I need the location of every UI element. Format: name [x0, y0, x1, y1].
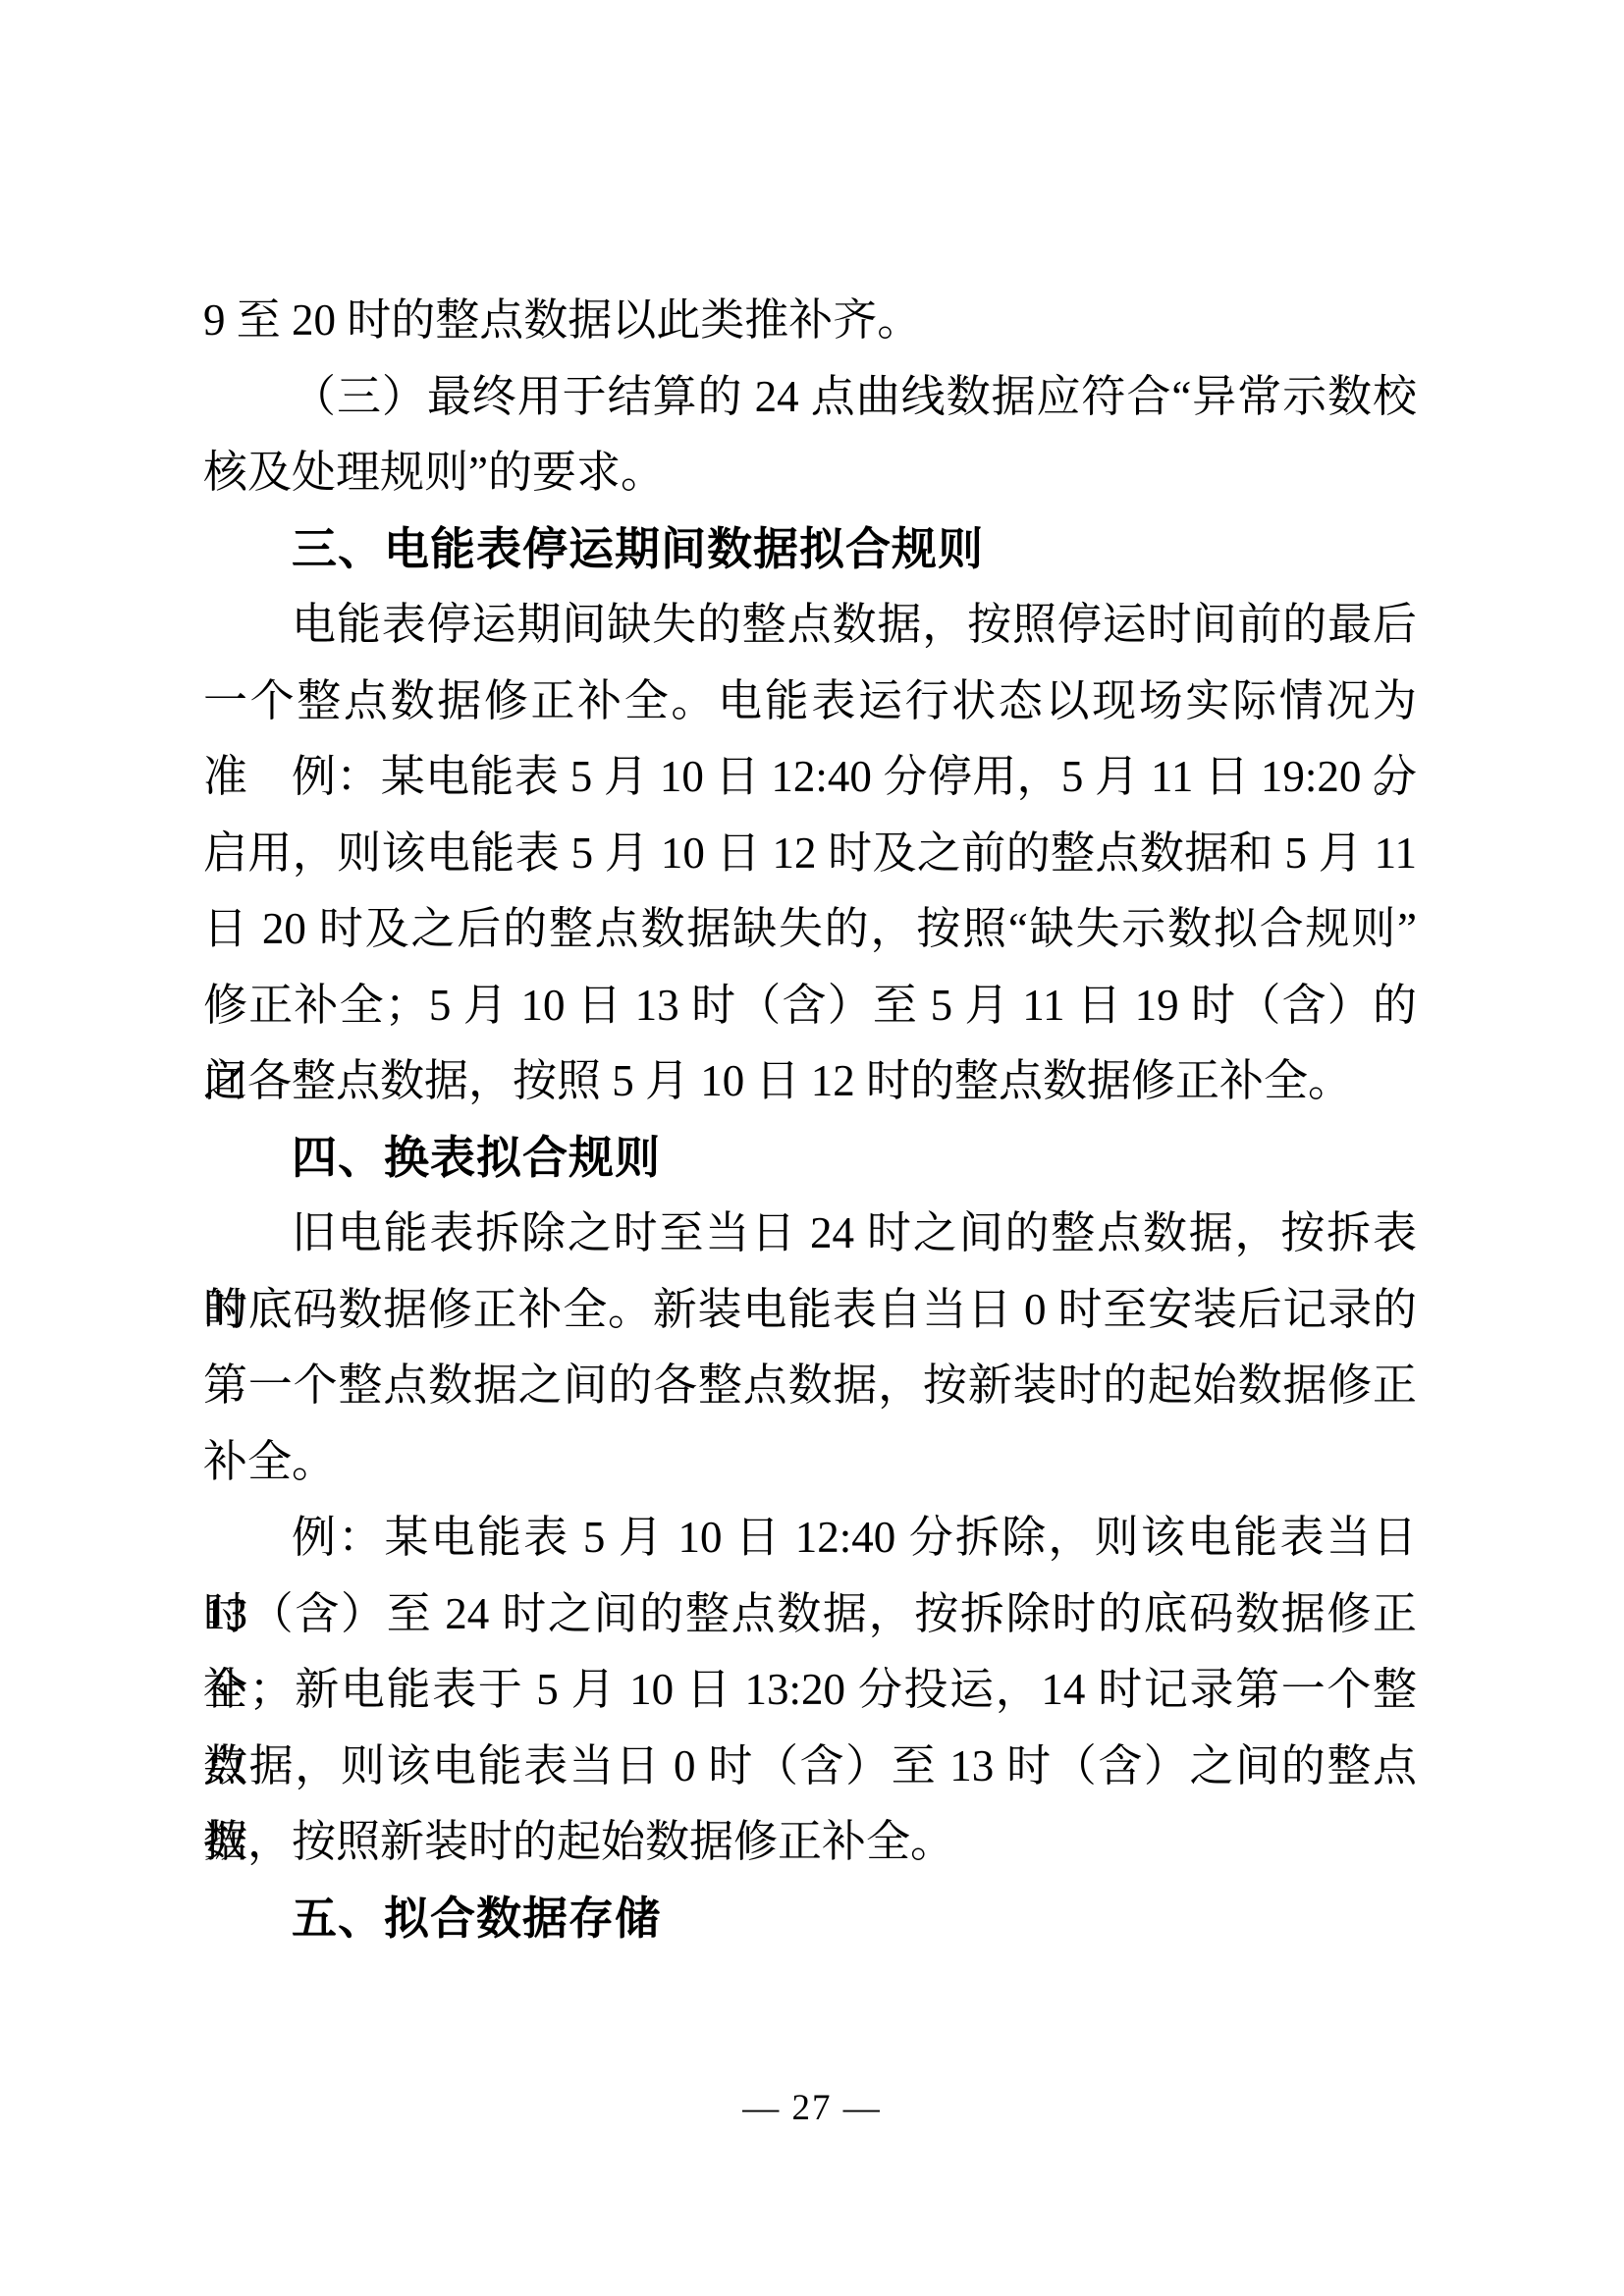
document-body: 9 至 20 时的整点数据以此类推补齐。（三）最终用于结算的 24 点曲线数据应… [203, 283, 1417, 1956]
section-heading: 五、拟合数据存储 [203, 1881, 1417, 1957]
page-footer: — 27 — [0, 2087, 1624, 2129]
section-heading: 四、换表拟合规则 [203, 1120, 1417, 1197]
text-line: 数据，则该电能表当日 0 时（含）至 13 时（含）之间的整点数 [203, 1729, 1417, 1805]
text-line: 一个整点数据修正补全。电能表运行状态以现场实际情况为准。 [203, 664, 1417, 740]
text-line: 旧电能表拆除之时至当日 24 时之间的整点数据，按拆表时 [203, 1196, 1417, 1272]
text-line: 核及处理规则”的要求。 [203, 435, 1417, 511]
text-line: 间各整点数据，按照 5 月 10 日 12 时的整点数据修正补全。 [203, 1043, 1417, 1120]
text-line: 电能表停运期间缺失的整点数据，按照停运时间前的最后 [203, 587, 1417, 664]
text-line: 例：某电能表 5 月 10 日 12:40 分停用，5 月 11 日 19:20… [203, 739, 1417, 816]
section-heading: 三、电能表停运期间数据拟合规则 [203, 511, 1417, 588]
text-line: 的底码数据修正补全。新装电能表自当日 0 时至安装后记录的 [203, 1272, 1417, 1349]
text-line: 补全。 [203, 1424, 1417, 1501]
text-line: 据，按照新装时的起始数据修正补全。 [203, 1804, 1417, 1881]
text-line: 例：某电能表 5 月 10 日 12:40 分拆除，则该电能表当日 13 [203, 1500, 1417, 1576]
document-page: 9 至 20 时的整点数据以此类推补齐。（三）最终用于结算的 24 点曲线数据应… [0, 0, 1624, 2296]
text-line: 第一个整点数据之间的各整点数据，按新装时的起始数据修正 [203, 1348, 1417, 1424]
text-line: 时（含）至 24 时之间的整点数据，按拆除时的底码数据修正补 [203, 1576, 1417, 1653]
text-line: 9 至 20 时的整点数据以此类推补齐。 [203, 283, 1417, 359]
text-line: 启用，则该电能表 5 月 10 日 12 时及之前的整点数据和 5 月 11 [203, 816, 1417, 892]
text-line: 日 20 时及之后的整点数据缺失的，按照“缺失示数拟合规则” [203, 891, 1417, 968]
text-line: （三）最终用于结算的 24 点曲线数据应符合“异常示数校 [203, 359, 1417, 436]
text-line: 全；新电能表于 5 月 10 日 13:20 分投运，14 时记录第一个整点 [203, 1652, 1417, 1729]
page-number: — 27 — [742, 2088, 882, 2128]
text-line: 修正补全；5 月 10 日 13 时（含）至 5 月 11 日 19 时（含）的… [203, 968, 1417, 1044]
